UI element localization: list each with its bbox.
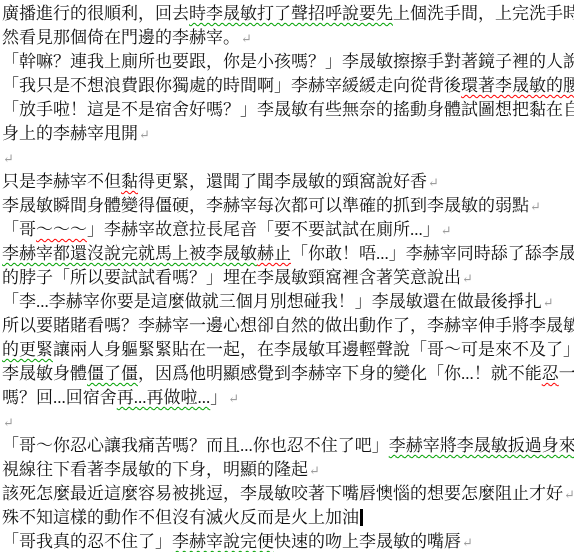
paragraph-mark-icon: ↵ — [462, 271, 473, 286]
spellcheck-green-underlined-text: 再...再做啦... — [117, 388, 211, 407]
text-line[interactable]: 李赫宰都還沒說完就馬上被李晟敏赫止「你敢！唔...」李赫宰同時舔了舔李晟敏 — [2, 242, 574, 266]
text-line[interactable]: 「幹嘛？連我上廁所也要跟，你是小孩嗎？」李晟敏擦擦手對著鏡子裡的人說↵ — [2, 50, 574, 74]
paragraph-mark-icon: ↵ — [428, 175, 439, 190]
text-run: 所以要賭賭看嗎？李赫宰一邊心想卻自然的做出動作了，李赫宰伸手將李晟敏摟 — [2, 316, 574, 335]
paragraph-mark-icon: ↵ — [462, 535, 473, 550]
text-line[interactable]: 視線往下看著李晟敏的下身，明顯的隆起↵ — [2, 458, 574, 482]
text-line[interactable]: 李晟敏身體僵了僵，因爲他明顯感覺到李赫宰下身的變化「你...！就不能忍一下 — [2, 362, 574, 386]
text-line[interactable]: 「哥我真的忍不住了」李赫宰說完便快速的吻上李晟敏的嘴唇↵ — [2, 530, 574, 552]
text-run: 然看見那個倚在門邊的李赫宰。 — [2, 28, 240, 47]
text-line[interactable]: 「哥～～～」李赫宰故意拉長尾音「要不要試試在廁所...」↵ — [2, 218, 574, 242]
spellcheck-green-underlined-text: 李赫宰說完便 — [172, 532, 274, 551]
text-line[interactable]: 的脖子「所以要試試看嗎？」埋在李晟敏頸窩裡含著笑意說出↵ — [2, 266, 574, 290]
text-line[interactable]: 殊不知這樣的動作不但沒有滅火反而是火上加油 — [2, 506, 574, 530]
text-run: 該死怎麼最近這麼容易被挑逗，李晟敏咬著下嘴唇懊惱的想要怎麼阻止才好 — [2, 484, 563, 503]
spellcheck-red-underlined-text: 黏 — [121, 172, 138, 191]
text-run: 「哥～你忍心讓我痛苦嗎？而且...你也忍不住了吧」 — [2, 436, 389, 455]
spellcheck-red-underlined-text: ～～～ — [36, 220, 87, 239]
text-run: 上個洗手間，上完洗手時果 — [393, 4, 574, 23]
text-run: 的脖子「所以要試試看嗎？」埋在李晟敏頸窩裡含著笑意說出 — [2, 268, 461, 287]
text-line[interactable]: 廣播進行的很順利，回去時李晟敏打了聲招呼說要先上個洗手間，上完洗手時果 — [2, 2, 574, 26]
text-line[interactable]: 「李...李赫宰你要是這麼做就三個月別想碰我！」李晟敏還在做最後掙扎↵ — [2, 290, 574, 314]
text-line[interactable]: 然看見那個倚在門邊的李赫宰。↵ — [2, 26, 574, 50]
text-run: 「我只是不想浪費跟你獨處的時間啊」李赫宰緩緩走向從背後 — [2, 76, 461, 95]
paragraph-mark-icon: ↵ — [228, 391, 239, 406]
text-line[interactable]: 所以要賭賭看嗎？李赫宰一邊心想卻自然的做出動作了，李赫宰伸手將李晟敏摟 — [2, 314, 574, 338]
text-line[interactable]: 嗎？回...回宿舍再...再做啦...」↵ — [2, 386, 574, 410]
text-run: 只是李赫宰不但 — [2, 172, 121, 191]
text-caret — [360, 509, 363, 526]
spellcheck-green-underlined-text: 的更緊 — [2, 340, 53, 359]
spellcheck-green-underlined-text: 時李晟敏打了聲招呼說要先 — [189, 4, 393, 23]
text-line[interactable]: 只是李赫宰不但黏得更緊，還聞了聞李晟敏的頸窩說好香↵ — [2, 170, 574, 194]
text-line[interactable]: 該死怎麼最近這麼容易被挑逗，李晟敏咬著下嘴唇懊惱的想要怎麼阻止才好↵ — [2, 482, 574, 506]
text-run: 「哥 — [2, 220, 36, 239]
text-run: 「哥我真的忍不住了」 — [2, 532, 172, 551]
text-line[interactable]: 身上的李赫宰甩開↵ — [2, 122, 574, 146]
text-run: 得更緊，還聞了聞李晟敏的頸窩說好香 — [138, 172, 427, 191]
text-run: 「李...李赫宰你要是這麼做就三個月別想碰我！」李晟敏還在做最後掙扎 — [2, 292, 542, 311]
text-run: 嗎？回...回宿舍 — [2, 388, 117, 407]
text-run: 李晟敏瞬間身體變得僵硬，李赫宰每次都可以準確的抓到李晟敏的弱點 — [2, 196, 529, 215]
paragraph-mark-icon: ↵ — [241, 31, 252, 46]
text-run: 廣播進行的很順利，回去 — [2, 4, 189, 23]
text-run: 殊不知這樣的動作不但沒有滅火反而是火上加油 — [2, 508, 359, 527]
spellcheck-red-underlined-text: 環著李晟敏的腰 — [461, 76, 574, 95]
text-run: 視線往下看著李晟敏的下身，明顯的隆起 — [2, 460, 308, 479]
text-run: 」李赫宰故意拉長尾音「要不要試試在廁所...」 — [87, 220, 440, 239]
paragraph-mark-icon: ↵ — [3, 415, 14, 430]
text-run: 身上的李赫宰甩開 — [2, 124, 138, 143]
text-run: 」 — [210, 388, 227, 407]
text-line[interactable]: 「哥～你忍心讓我痛苦嗎？而且...你也忍不住了吧」李赫宰將李晟敏扳過身來， — [2, 434, 574, 458]
paragraph-mark-icon: ↵ — [441, 223, 452, 238]
document-page: 廣播進行的很順利，回去時李晟敏打了聲招呼說要先上個洗手間，上完洗手時果然看見那個… — [0, 0, 574, 552]
text-run: 一下 — [559, 364, 574, 383]
text-line[interactable]: 李晟敏瞬間身體變得僵硬，李赫宰每次都可以準確的抓到李晟敏的弱點↵ — [2, 194, 574, 218]
spellcheck-red-underlined-text: 忍 — [542, 364, 559, 383]
text-run: 「幹嘛？連我上廁所也要跟，你是小孩嗎？」李晟敏擦擦手對著鏡子裡的人說 — [2, 52, 574, 71]
text-line[interactable]: ↵ — [2, 410, 574, 434]
paragraph-mark-icon: ↵ — [530, 199, 541, 214]
paragraph-mark-icon: ↵ — [3, 151, 14, 166]
text-run: 「你敢！唔...」李赫宰同時舔了舔李晟敏 — [291, 244, 574, 263]
text-run: 讓兩人身軀緊緊貼在一起，在李晟敏耳邊輕聲說「哥～可是來不及了」 — [53, 340, 574, 359]
spellcheck-green-underlined-text: 李赫宰都還沒說完就馬上被李晟敏 — [2, 244, 257, 263]
text-line[interactable]: 「放手啦！這是不是宿舍好嗎？」李晟敏有些無奈的搖動身體試圖想把黏在自己 — [2, 98, 574, 122]
text-line[interactable]: ↵ — [2, 146, 574, 170]
spellcheck-green-underlined-text: 李赫宰將李晟敏扳過身來 — [389, 436, 574, 455]
text-run: 快速的吻上李晟敏的嘴唇 — [274, 532, 461, 551]
paragraph-mark-icon: ↵ — [139, 127, 150, 142]
text-line[interactable]: 「我只是不想浪費跟你獨處的時間啊」李赫宰緩緩走向從背後環著李晟敏的腰↵ — [2, 74, 574, 98]
spellcheck-green-underlined-text: 僵了僵 — [87, 364, 138, 383]
document-body[interactable]: 廣播進行的很順利，回去時李晟敏打了聲招呼說要先上個洗手間，上完洗手時果然看見那個… — [2, 2, 574, 552]
text-run: 「放手啦！這是不是宿舍好嗎？」李晟敏有些無奈的搖動身體試圖想把黏在自己 — [2, 100, 574, 119]
spellcheck-red-underlined-text: 赫止 — [257, 244, 291, 263]
text-run: ，因爲他明顯感覺到李赫宰下身的變化「你...！就不能 — [138, 364, 542, 383]
paragraph-mark-icon: ↵ — [564, 487, 574, 502]
paragraph-mark-icon: ↵ — [543, 295, 554, 310]
paragraph-mark-icon: ↵ — [309, 463, 320, 478]
text-run: 李晟敏身體 — [2, 364, 87, 383]
text-line[interactable]: 的更緊讓兩人身軀緊緊貼在一起，在李晟敏耳邊輕聲說「哥～可是來不及了」↵ — [2, 338, 574, 362]
